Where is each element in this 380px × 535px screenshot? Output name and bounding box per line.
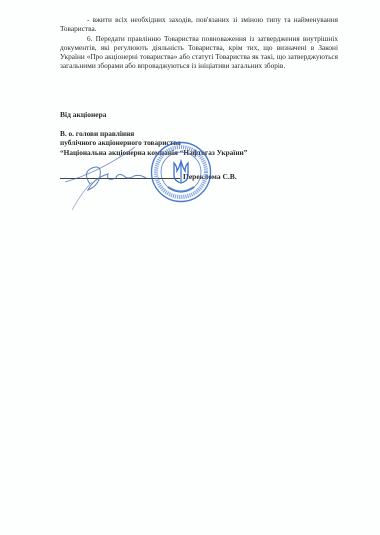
paragraph-item-6: 6. Передати правлінню Товариства повнова… [60,34,338,71]
document-page: - вжити всіх необхідних заходів, пов'яза… [0,0,380,535]
paragraph-actions: - вжити всіх необхідних заходів, пов'яза… [60,15,338,34]
handwritten-signature [60,142,210,212]
signatory-title-line1: В. о. голови правління [60,129,247,138]
from-shareholder-label: Від акціонера [60,110,107,119]
